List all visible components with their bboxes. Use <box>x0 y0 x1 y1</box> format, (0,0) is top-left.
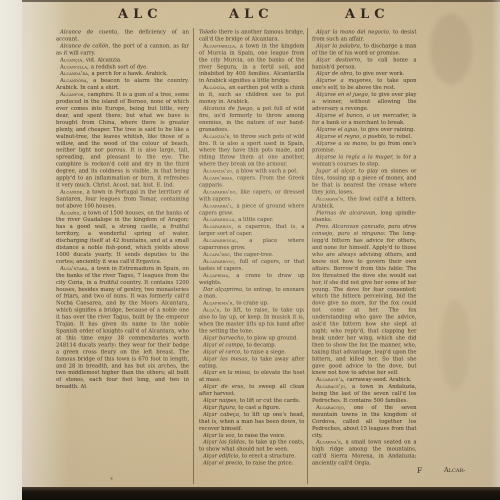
dictionary-entry: Alcaparronal, a place where caparrones g… <box>199 238 305 252</box>
dictionary-entry: Alçar las mesas, to take away after eati… <box>199 356 305 370</box>
entry-headword: Alçarse a su mano, <box>316 140 371 146</box>
entry-headword: Alcancilla, <box>60 64 91 70</box>
column-rule-divider <box>307 28 308 484</box>
dictionary-entry: Prov. Alcaravan çancudo, para otros cons… <box>312 224 417 377</box>
dictionary-entry: Alçarse la regla a la muger, is for a wo… <box>312 154 417 168</box>
dictionary-entry: Alçar el cerco, to raise a siege. <box>199 349 305 356</box>
entry-headword: Alçaprima'r, <box>203 300 236 306</box>
entry-headword: Alcapa'rro, <box>203 252 234 258</box>
dictionary-entry: Alçar edificio, to erect a structure. <box>199 453 305 460</box>
entry-headword: Alçar el campo, <box>203 342 246 348</box>
entry-headword: Alçar la mano del negocio, <box>316 29 393 35</box>
entry-headword: Alcanzia'r, <box>203 133 233 139</box>
dictionary-entry: Alcapa'rro, the caper-tree. <box>199 252 305 259</box>
dictionary-entry: Alçar el precio, to raise the price. <box>199 460 305 467</box>
entry-headword: Alçar figura, <box>203 404 238 410</box>
page-top-edge <box>22 0 500 2</box>
dictionary-entry: Alca'ntara, a town in Estremadura in Spa… <box>56 265 189 390</box>
entry-headword: Jugar al alçar, <box>316 168 359 174</box>
dictionary-entry: Alçar la mano del negocio, to desist fro… <box>312 29 417 43</box>
dictionary-entry: Alcaparron, a caparron, that is, a large… <box>199 224 305 238</box>
catchword: Alcar- <box>444 466 465 474</box>
dictionary-entry: Alçar naipes, to lift or cut the cards. <box>199 398 305 405</box>
dictionary-entry: Alcance de cuenta, the deficiency of an … <box>56 29 189 43</box>
entry-headword: Alçar edificio, <box>203 453 242 459</box>
entry-headword: Alçar la palabra, <box>316 43 364 49</box>
entry-headword: Alcaracójo, <box>316 404 354 410</box>
dictionary-entry: Alçar destierro, to call home a banish'd… <box>312 57 417 71</box>
dictionary-entry: Toledo there is another famous bridge, c… <box>199 29 305 43</box>
dictionary-entry: Jugar al alçar, to play on stones or til… <box>312 168 417 196</box>
entry-headword: Alça'r, <box>203 307 225 313</box>
dictionary-entry: Alçarse a mayores, to take upon one's se… <box>312 78 417 92</box>
entry-headword: Alçar el precio, <box>203 460 246 466</box>
dictionary-entry: Alcanzia'zo, a blow with such a pot. <box>199 168 305 175</box>
entry-headword: Alçar la voz, <box>203 432 238 438</box>
entry-headword: Alcapa'rras, <box>203 175 237 181</box>
dictionary-entry: Alçar de eras, to sweep all clean after … <box>199 384 305 398</box>
entry-headword: Alcance de cañón, <box>60 43 112 49</box>
entry-headword: Alca'ntara, <box>60 265 91 271</box>
entry-headword: Alcanzia de fuego, <box>203 105 257 111</box>
dictionary-entry: Alcancilla, a reddish sort of dye. <box>56 64 189 71</box>
entry-headword: Alçar barvecho, <box>203 335 247 341</box>
entry-headword: Alcanfor, <box>60 92 88 98</box>
entry-headword: Alçar el cerco, <box>203 349 244 355</box>
entry-headword: Alcaparra'l, <box>203 203 236 209</box>
dictionary-entry: Alçar las faldas, to take up the coats, … <box>199 439 305 453</box>
entry-headword: Toledo <box>199 29 219 35</box>
dictionary-entry: Alcañiz, a town of 1500 houses, on the b… <box>56 210 189 266</box>
entry-headword: Alcaparronal, <box>203 238 249 244</box>
entry-headword: Alçar las mesas, <box>203 356 252 362</box>
footnote-mark: * <box>110 477 113 484</box>
dictionary-entry: Alçaprima'r, to crane up. <box>199 300 305 307</box>
entry-headword: Alcantarilla, <box>203 43 240 49</box>
entry-headword: Alcarave'a, <box>316 377 347 383</box>
entry-headword: Alçarse la regla a la muger, <box>316 154 396 160</box>
dictionary-entry: Alcantarilla, a town in the kingdom of M… <box>199 43 305 85</box>
entry-headword: Alçar las faldas, <box>203 439 248 445</box>
entry-headword: Alçarse a mayores, <box>316 78 377 84</box>
dictionary-entry: Alçar de obra, to give over work. <box>312 71 417 78</box>
dictionary-entry: Alcandóra, a beacon to alarm the country… <box>56 78 189 92</box>
running-head-column-1: ALC <box>118 7 163 22</box>
entry-headword: Alçar cabeça, <box>203 411 244 417</box>
dictionary-entry: Alcaparra'do, like capers, or dressed wi… <box>199 189 305 203</box>
dictionary-entry: Alçar la palabra, to discharge a man of … <box>312 43 417 57</box>
dictionary-entry: Alcaparra'l, a piece of ground where cap… <box>199 203 305 217</box>
entry-headword: Alcanda'ra, <box>60 71 92 77</box>
dictionary-entry: Dar alçaprima, to entrap, to ensnare a m… <box>199 286 305 300</box>
entry-headword: Alcarna'e, <box>316 439 346 445</box>
entry-headword: Prov. Alcaravan çancudo, para otros cons… <box>312 224 417 237</box>
entry-headword: Alcanzia'zo, <box>203 168 236 174</box>
entry-headword: Dar alçaprima, <box>203 286 246 292</box>
dictionary-entry: Alçaprima, a crane to draw up weights. <box>199 272 305 286</box>
dictionary-entry: Alçar en la missa, to elevate the host a… <box>199 370 305 384</box>
dictionary-entry: Alçarse a su mano, to go from one's prom… <box>312 140 417 154</box>
scan-bottom-shadow <box>22 487 500 500</box>
entry-headword: Alcaparron, <box>203 224 238 230</box>
running-head-column-3: ALC <box>345 7 390 22</box>
dictionary-entry: Alçar cabeça, to lift up one's head, tha… <box>199 411 305 432</box>
entry-headword: Piernas de alcaravan, <box>316 210 380 216</box>
dictionary-entry: Alcarace'jo, a town in Andaluzia, being … <box>312 384 417 405</box>
entry-headword: Alçar de obra, <box>316 71 356 77</box>
entry-headword: Alçar naipes, <box>203 398 240 404</box>
entry-headword: Alcarace'jo, <box>316 384 352 390</box>
page-right-edge <box>491 0 500 487</box>
entry-headword: Alçar destierro, <box>316 57 367 63</box>
entry-headword: Alçarse el agua, <box>316 126 361 132</box>
entry-headword: Alçarse en el juego, <box>316 92 371 98</box>
entry-headword: Alcaparróso, <box>203 258 240 264</box>
dictionary-entry: Alcapa'rras, capers. From the Greek capp… <box>199 175 305 189</box>
dictionary-entry: Alcanda'ra, a perch for a hawk. Arabick. <box>56 71 189 78</box>
text-column-2: Toledo there is another famous bridge, c… <box>199 29 305 483</box>
entry-headword: Alçaprima, <box>203 272 236 278</box>
entry-headword: Alcanzia, <box>203 85 229 91</box>
dictionary-entry: Alça'r, to lift, to raise, to take up; a… <box>199 307 305 335</box>
dictionary-entry: Alcaparrilla, a little caper. <box>199 217 305 224</box>
dictionary-entry: Alcaracójo, one of the seven mountain to… <box>312 404 417 439</box>
dictionary-entry: Alcarna'e, a small town seated on a high… <box>312 439 417 467</box>
entry-headword: Alcañide, <box>60 189 87 195</box>
entry-headword: Alçar de eras, <box>203 384 249 390</box>
dictionary-entry: Alcanzia'r, to throw such pots of wild f… <box>199 133 305 168</box>
entry-headword: Alçarse el banco, o un mercader, <box>316 112 412 118</box>
dictionary-entry: Alçarse el agua, to give over raining. <box>312 126 417 133</box>
dictionary-entry: Alçarse en el juego, to give over play a… <box>312 92 417 113</box>
dictionary-entry: Alcance de cañón, the port of a cannon, … <box>56 43 189 57</box>
text-column-1: Alcance de cuenta, the deficiency of an … <box>56 29 189 483</box>
entry-headword: Alcañiz, <box>60 210 83 216</box>
column-rule-divider <box>193 28 194 484</box>
dictionary-entry: Alcanfor, camphire. It is a gum of a tre… <box>56 92 189 189</box>
text-column-3: Alçar la mano del negocio, to desist fro… <box>312 29 417 483</box>
dictionary-entry: Alcançia, vid. Alcanzia. <box>56 57 189 64</box>
entry-headword: Alcance de cuenta, <box>60 29 124 35</box>
dictionary-page-scan: { "page": { "running_heads": ["ALC", "AL… <box>0 0 500 500</box>
dictionary-entry: Alcaparróso, full of capers, or that tas… <box>199 258 305 272</box>
entry-headword: Alçar en la missa, <box>203 370 254 376</box>
dictionary-entry: Alçar figura, to cast a figure. <box>199 404 305 411</box>
gathering-signature: F <box>417 466 422 475</box>
entry-headword: Alcaparrilla, <box>203 217 238 223</box>
dictionary-entry: Alçarse el reyno, o pueblo, to rebel. <box>312 133 417 140</box>
dictionary-entry: Alçarse el banco, o un mercader, is for … <box>312 112 417 126</box>
entry-headword: Alçarse el reyno, o pueblo, <box>316 133 389 139</box>
entry-headword: Alcaparra'do, <box>203 189 240 195</box>
dictionary-entry: Alcañide, a town in Portugal in the terr… <box>56 189 189 210</box>
dictionary-entry: Alçar la voz, to raise the voice. <box>199 432 305 439</box>
dictionary-entry: Piernas de alcaravan, long spindle-shank… <box>312 210 417 224</box>
running-head-column-2: ALC <box>229 7 274 22</box>
dictionary-entry: Alçar el campo, to decamp. <box>199 342 305 349</box>
dictionary-entry: Alcarave'a, carraway-seed. Arabick. <box>312 377 417 384</box>
entry-headword: Alcarava'n, <box>316 196 348 202</box>
dictionary-entry: Alçar barvecho, to plow up ground. <box>199 335 305 342</box>
entry-headword: Alcandóra, <box>60 78 93 84</box>
dictionary-entry: Alcanzia, an earthen pot with a chink in… <box>199 85 305 106</box>
dictionary-entry: Alcanzia de fuego, a pot full of wild fi… <box>199 105 305 133</box>
entry-headword: Alcançia, <box>60 57 86 63</box>
dictionary-entry: Alcarava'n, the fowl call'd a bittern. A… <box>312 196 417 210</box>
